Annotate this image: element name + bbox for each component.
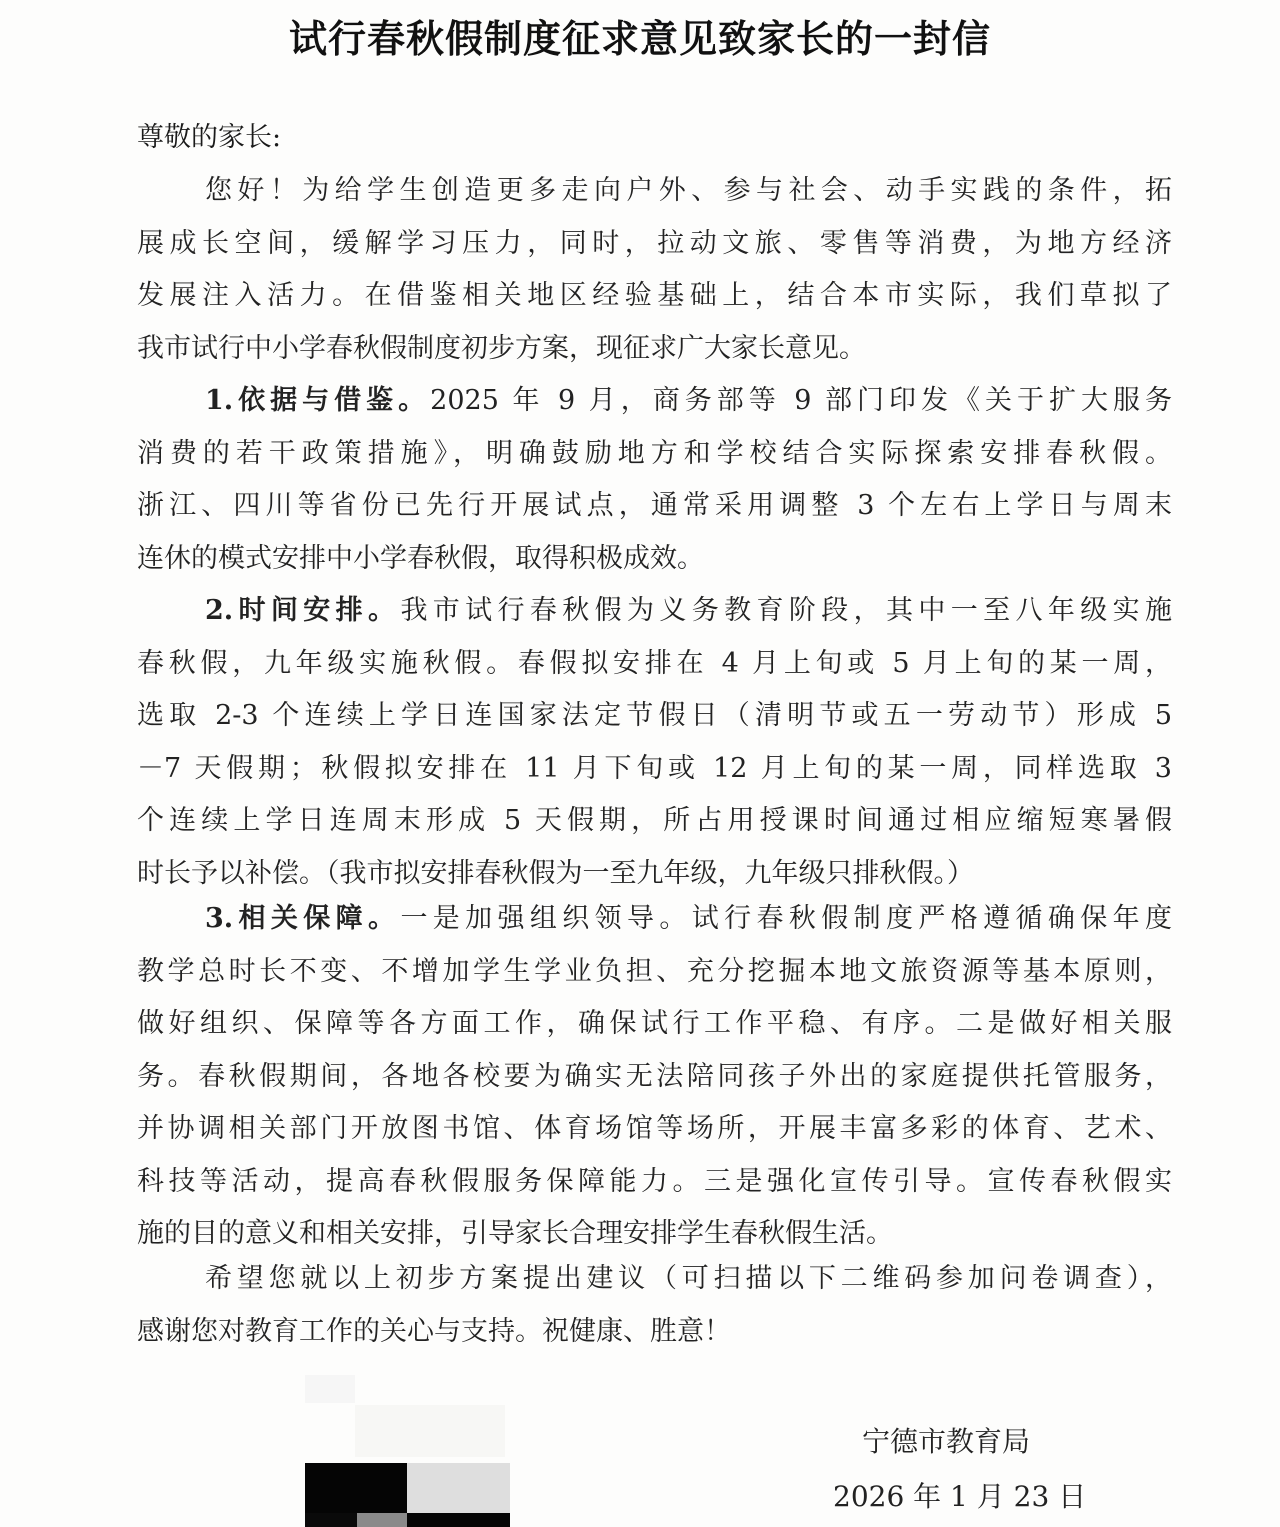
intro-paragraph: 您好！为给学生创造更多走向户外、参与社会、动手实践的条件，拓 展成长空间，缓解学…: [137, 165, 1172, 375]
section-line: 浙江、四川等省份已先行开展试点，通常采用调整 3 个左右上学日与周末: [137, 480, 1172, 533]
section-line: 做好组织、保障等各方面工作，确保试行工作平稳、有序。二是做好相关服: [137, 998, 1172, 1051]
intro-line: 我市试行中小学春秋假制度初步方案，现征求广大家长意见。: [137, 323, 1172, 376]
signature-organization: 宁德市教育局: [862, 1420, 1030, 1460]
document-title: 试行春秋假制度征求意见致家长的一封信: [0, 8, 1280, 63]
section-heading: 2.时间安排。: [205, 595, 400, 626]
section-line: 2025 年 9 月，商务部等 9 部门印发《关于扩大服务: [430, 385, 1172, 416]
closing-line: 希望您就以上初步方案提出建议（可扫描以下二维码参加问卷调查），: [137, 1253, 1172, 1306]
section-line: －7 天假期；秋假拟安排在 11 月下旬或 12 月上旬的某一周，同样选取 3: [137, 743, 1172, 796]
intro-line: 发展注入活力。在借鉴相关地区经验基础上，结合本市实际，我们草拟了: [137, 270, 1172, 323]
section-line: 并协调相关部门开放图书馆、体育场馆等场所，开展丰富多彩的体育、艺术、: [137, 1103, 1172, 1156]
section-line: 务。春秋假期间，各地各校要为确实无法陪同孩子外出的家庭提供托管服务，: [137, 1051, 1172, 1104]
section-line: 科技等活动，提高春秋假服务保障能力。三是强化宣传引导。宣传春秋假实: [137, 1156, 1172, 1209]
section-heading: 1.依据与借鉴。: [205, 385, 430, 416]
pixelated-qr-code: [305, 1375, 510, 1527]
section-line: 一是加强组织领导。试行春秋假制度严格遵循确保年度: [400, 903, 1172, 934]
section-line: 个连续上学日连周末形成 5 天假期，所占用授课时间通过相应缩短寒暑假: [137, 795, 1172, 848]
closing-line: 感谢您对教育工作的关心与支持。祝健康、胜意！: [137, 1306, 1172, 1359]
greeting: 尊敬的家长:: [137, 112, 281, 164]
section-line: 消费的若干政策措施》，明确鼓励地方和学校结合实际探索安排春秋假。: [137, 428, 1172, 481]
section-line: 我市试行春秋假为义务教育阶段，其中一至八年级实施: [400, 595, 1172, 626]
section-line: 教学总时长不变、不增加学生学业负担、充分挖掘本地文旅资源等基本原则，: [137, 946, 1172, 999]
section-schedule: 2.时间安排。我市试行春秋假为义务教育阶段，其中一至八年级实施 春秋假，九年级实…: [137, 585, 1172, 900]
section-line: 连休的模式安排中小学春秋假，取得积极成效。: [137, 533, 1172, 586]
closing-paragraph: 希望您就以上初步方案提出建议（可扫描以下二维码参加问卷调查）， 感谢您对教育工作…: [137, 1253, 1172, 1358]
section-line: 选取 2-3 个连续上学日连国家法定节假日（清明节或五一劳动节）形成 5: [137, 690, 1172, 743]
section-guarantee: 3.相关保障。一是加强组织领导。试行春秋假制度严格遵循确保年度 教学总时长不变、…: [137, 893, 1172, 1261]
intro-line: 您好！为给学生创造更多走向户外、参与社会、动手实践的条件，拓: [137, 165, 1172, 218]
section-basis: 1.依据与借鉴。2025 年 9 月，商务部等 9 部门印发《关于扩大服务 消费…: [137, 375, 1172, 585]
intro-line: 展成长空间，缓解学习压力，同时，拉动文旅、零售等消费，为地方经济: [137, 218, 1172, 271]
signature-date: 2026 年 1 月 23 日: [833, 1475, 1086, 1515]
section-heading: 3.相关保障。: [205, 903, 400, 934]
section-line: 春秋假，九年级实施秋假。春假拟安排在 4 月上旬或 5 月上旬的某一周，: [137, 638, 1172, 691]
